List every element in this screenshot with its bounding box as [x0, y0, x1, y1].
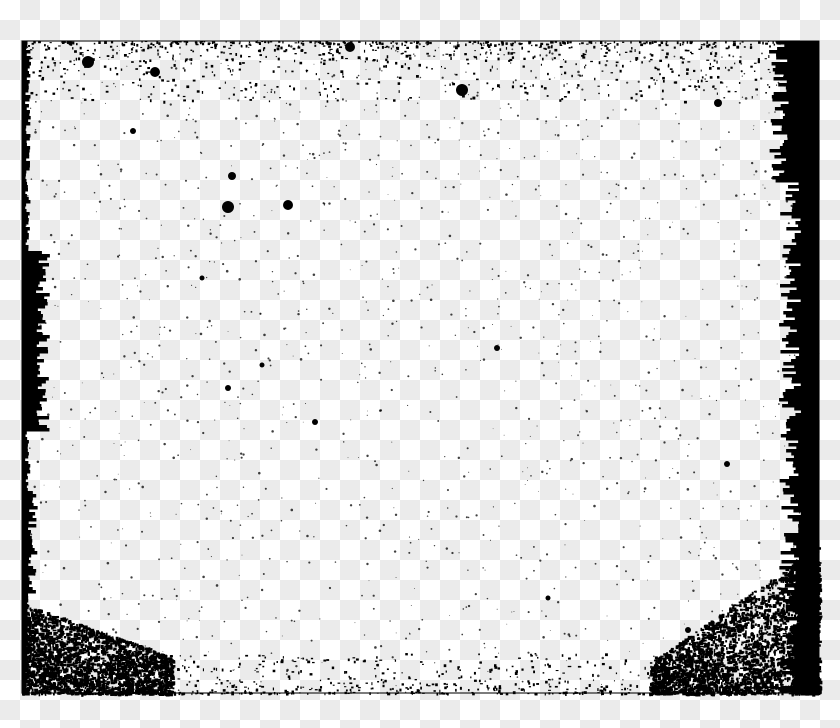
grunge-frame-texture: [0, 0, 840, 728]
frame-border: [22, 41, 822, 697]
speckle-noise: [22, 40, 820, 694]
